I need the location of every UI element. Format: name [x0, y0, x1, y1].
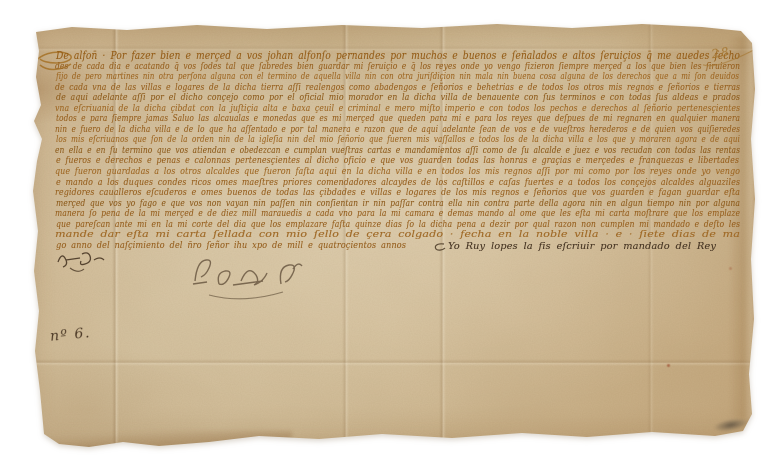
archival-number: nº 6.: [49, 325, 91, 345]
text-line-content: go anno del naſçimiento del n̄ro ſeñor i…: [56, 241, 406, 252]
ink-smudge-stain: [712, 416, 750, 434]
folded-bottom-edge: [37, 431, 292, 446]
scribe-paraph-icon: [433, 242, 447, 252]
corner-mark-flourish: [696, 35, 770, 76]
manuscript-text-block: De alfon̄ · Por fazer bien e merçed a vo…: [55, 51, 741, 251]
chancery-paraph: [52, 248, 112, 274]
photograph-of-manuscript: De alfon̄ · Por fazer bien e merçed a vo…: [0, 0, 780, 470]
red-speck-stain: [729, 267, 732, 270]
scribe-subscription-line: Yo Ruy lopes la fis eſcriuir por mandado…: [448, 242, 716, 253]
red-speck-stain: [667, 364, 670, 367]
parchment-surface: De alfon̄ · Por fazer bien e merçed a vo…: [27, 19, 758, 447]
corner-mark: 28: [696, 35, 770, 78]
parchment-sheet: De alfon̄ · Por fazer bien e merçed a vo…: [27, 19, 758, 447]
text-line-final: go anno del naſçimiento del n̄ro ſeñor i…: [56, 241, 741, 252]
corner-mark-number: 28: [710, 44, 731, 61]
fold-crease-horizontal: [27, 359, 758, 366]
royal-signature-rubric: [185, 251, 320, 303]
